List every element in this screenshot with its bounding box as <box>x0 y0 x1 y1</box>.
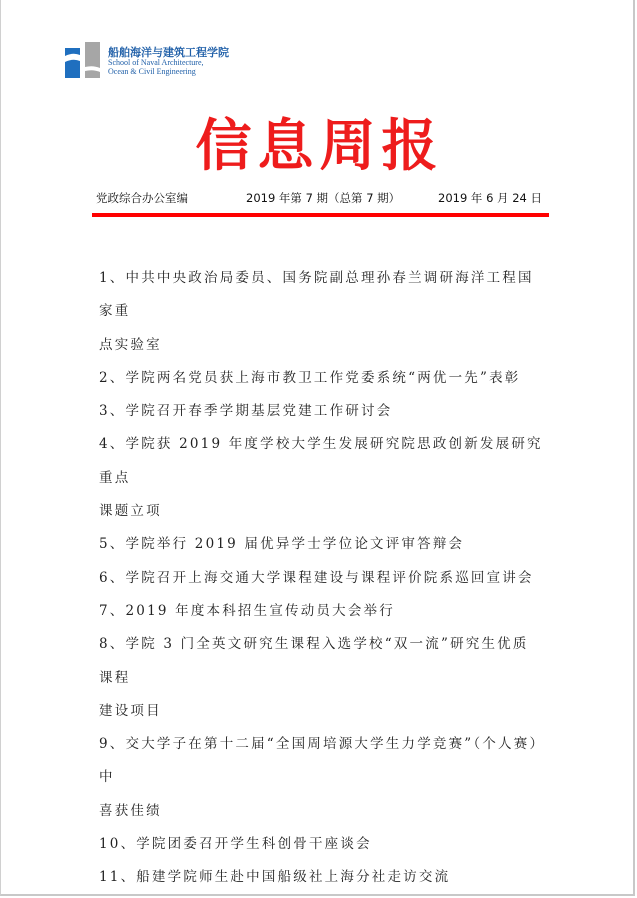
issue-meta: 党政综合办公室编 2019 年第 7 期（总第 7 期） 2019 年 6 月 … <box>96 190 546 210</box>
document-page: 船舶海洋与建筑工程学院 School of Naval Architecture… <box>0 0 635 896</box>
list-item-continuation[interactable]: 喜获佳绩 <box>99 795 544 828</box>
editor-label: 党政综合办公室编 <box>96 190 188 206</box>
school-emblem-icon <box>63 42 103 80</box>
list-item[interactable]: 7、2019 年度本科招生宣传动员大会举行 <box>99 595 544 628</box>
list-item[interactable]: 3、学院召开春季学期基层党建工作研讨会 <box>99 395 544 428</box>
list-item[interactable]: 11、船建学院师生赴中国船级社上海分社走访交流 <box>99 861 544 894</box>
newsletter-title: 信息周报 <box>1 114 637 178</box>
list-item[interactable]: 2、学院两名党员获上海市教卫工作党委系统“两优一先”表彰 <box>99 362 544 395</box>
list-item[interactable]: 1、中共中央政治局委员、国务院副总理孙春兰调研海洋工程国家重 <box>99 262 544 329</box>
list-item[interactable]: 5、学院举行 2019 届优异学士学位论文评审答辩会 <box>99 528 544 561</box>
list-item[interactable]: 10、学院团委召开学生科创骨干座谈会 <box>99 828 544 861</box>
list-item-continuation[interactable]: 建设项目 <box>99 695 544 728</box>
list-item-continuation[interactable]: 课题立项 <box>99 495 544 528</box>
list-item[interactable]: 4、学院获 2019 年度学校大学生发展研究院思政创新发展研究重点 <box>99 428 544 495</box>
list-item-continuation[interactable]: 点实验室 <box>99 329 544 362</box>
issue-date: 2019 年 6 月 24 日 <box>438 190 542 206</box>
red-divider <box>92 213 549 217</box>
contents-list: 1、中共中央政治局委员、国务院副总理孙春兰调研海洋工程国家重 点实验室 2、学院… <box>99 262 544 895</box>
school-logo: 船舶海洋与建筑工程学院 School of Naval Architecture… <box>63 42 229 80</box>
issue-number: 2019 年第 7 期（总第 7 期） <box>246 190 400 206</box>
list-item[interactable]: 6、学院召开上海交通大学课程建设与课程评价院系巡回宣讲会 <box>99 562 544 595</box>
list-item[interactable]: 8、学院 3 门全英文研究生课程入选学校“双一流”研究生优质课程 <box>99 628 544 695</box>
list-item[interactable]: 9、交大学子在第十二届“全国周培源大学生力学竞赛”（个人赛）中 <box>99 728 544 795</box>
school-name-en-line2: Ocean & Civil Engineering <box>108 68 229 77</box>
